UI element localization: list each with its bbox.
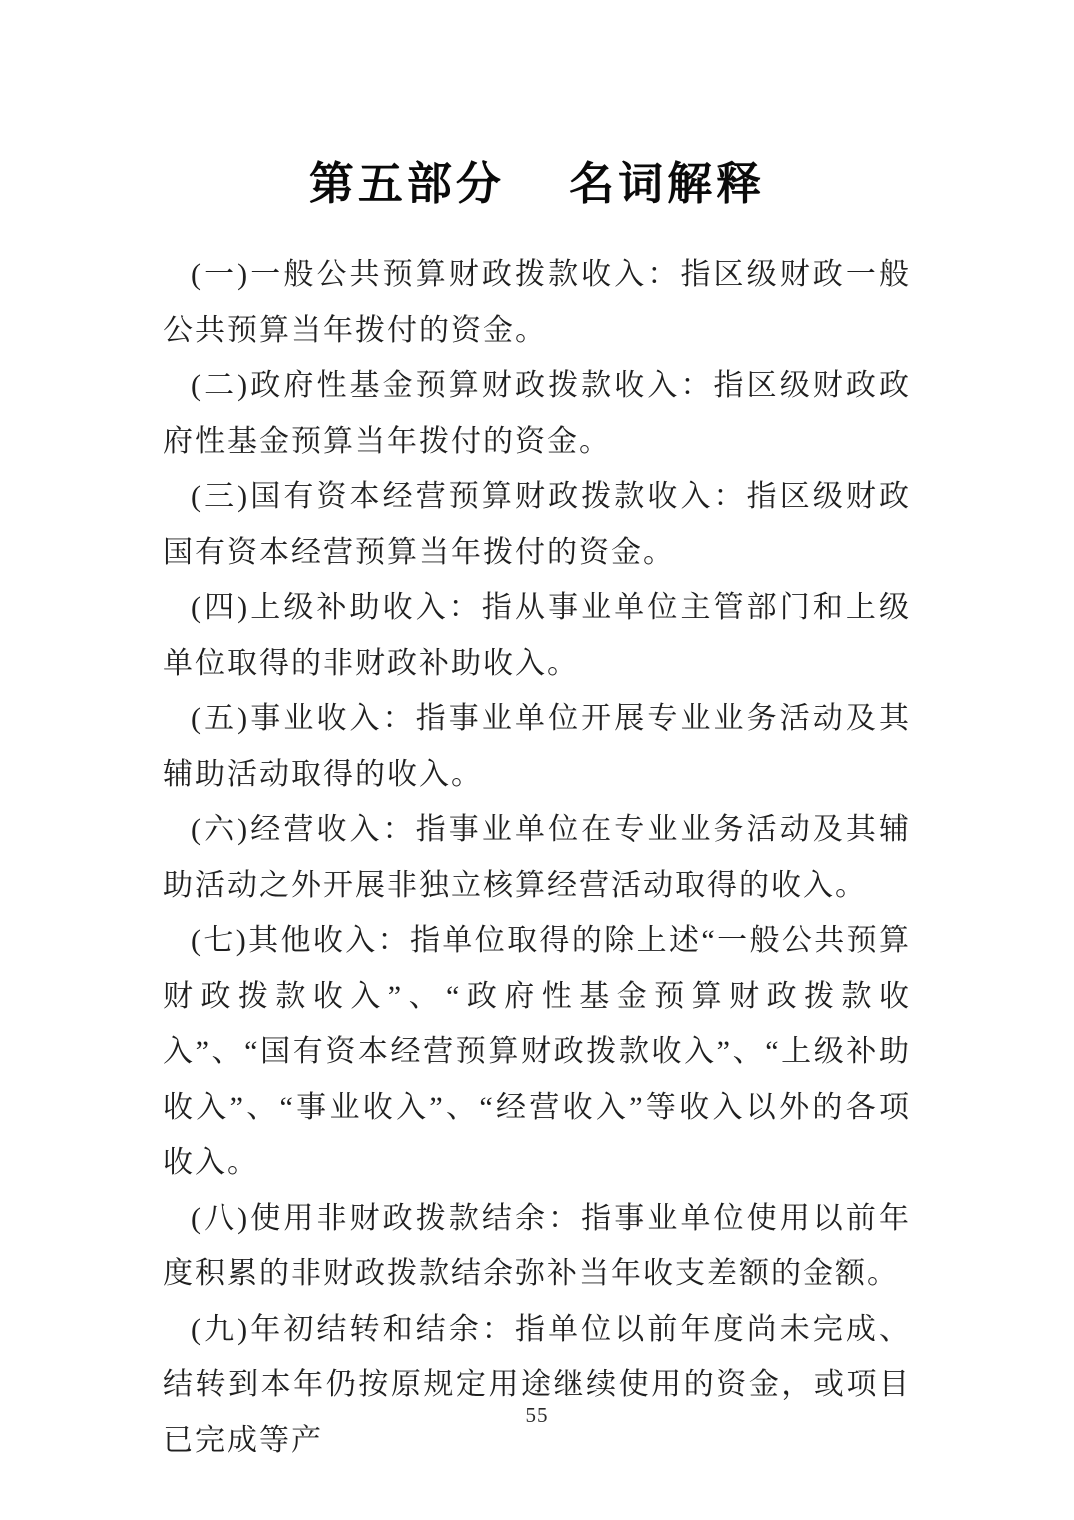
definition-paragraph-1: (一)一般公共预算财政拨款收入：指区级财政一般公共预算当年拨付的资金。 <box>163 247 911 358</box>
definition-paragraph-2: (二)政府性基金预算财政拨款收入：指区级财政政府性基金预算当年拨付的资金。 <box>163 358 911 469</box>
definition-paragraph-7: (七)其他收入：指单位取得的除上述“一般公共预算财政拨款收入”、“政府性基金预算… <box>163 913 911 1191</box>
page-number: 55 <box>0 1400 1074 1430</box>
definition-paragraph-9: (九)年初结转和结余：指单位以前年度尚未完成、结转到本年仍按原规定用途继续使用的… <box>163 1302 911 1469</box>
page-title: 第五部分 名词解释 <box>0 156 1074 212</box>
definition-paragraph-5: (五)事业收入：指事业单位开展专业业务活动及其辅助活动取得的收入。 <box>163 691 911 802</box>
definition-paragraph-3: (三)国有资本经营预算财政拨款收入：指区级财政国有资本经营预算当年拨付的资金。 <box>163 469 911 580</box>
document-page: 第五部分 名词解释 (一)一般公共预算财政拨款收入：指区级财政一般公共预算当年拨… <box>0 0 1074 1520</box>
definition-paragraph-6: (六)经营收入：指事业单位在专业业务活动及其辅助活动之外开展非独立核算经营活动取… <box>163 802 911 913</box>
definition-paragraph-4: (四)上级补助收入：指从事业单位主管部门和上级单位取得的非财政补助收入。 <box>163 580 911 691</box>
document-body: (一)一般公共预算财政拨款收入：指区级财政一般公共预算当年拨付的资金。 (二)政… <box>163 247 911 1468</box>
definition-paragraph-8: (八)使用非财政拨款结余：指事业单位使用以前年度积累的非财政拨款结余弥补当年收支… <box>163 1191 911 1302</box>
